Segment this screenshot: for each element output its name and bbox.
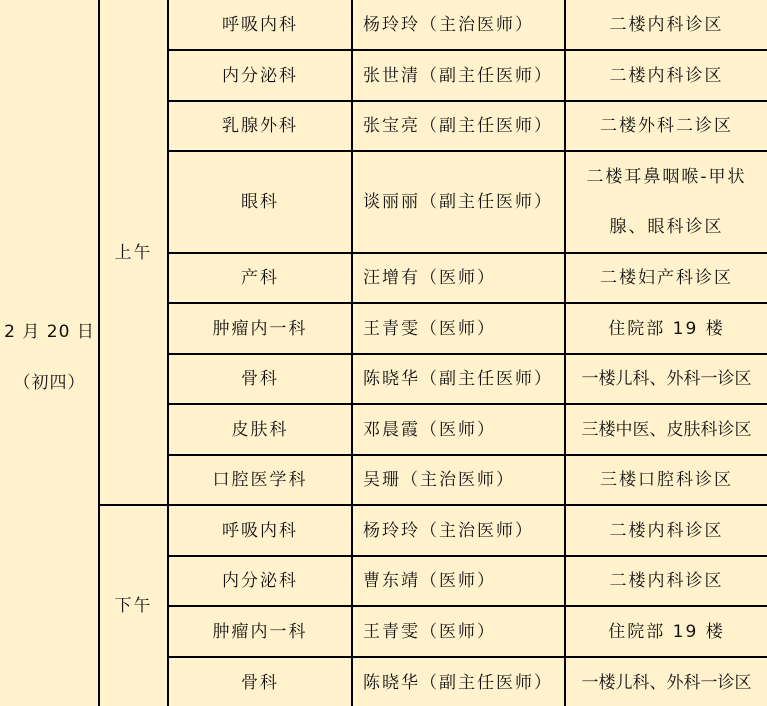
doctor-cell: 吴珊（主治医师） <box>353 456 564 504</box>
doctor-cell: 杨玲玲（主治医师） <box>353 506 564 555</box>
location-cell: 二楼妇产科诊区 <box>566 254 767 302</box>
doctor-cell: 陈晓华（副主任医师） <box>353 658 564 706</box>
doctor-cell: 曹东靖（医师） <box>353 557 564 605</box>
doctor-cell: 陈晓华（副主任医师） <box>353 355 564 403</box>
location-cell: 三楼口腔科诊区 <box>566 456 767 504</box>
location-cell: 三楼中医、皮肤科诊区 <box>566 405 767 454</box>
lunar-date-label: （初四） <box>0 368 99 393</box>
dept-cell: 乳腺外科 <box>169 102 351 150</box>
doctor-cell: 谈丽丽（副主任医师） <box>353 152 564 252</box>
dept-cell: 内分泌科 <box>169 557 351 605</box>
dept-cell: 口腔医学科 <box>169 456 351 504</box>
dept-cell: 肿瘤内一科 <box>169 304 351 353</box>
dept-cell: 呼吸内科 <box>169 506 351 555</box>
dept-cell: 产科 <box>169 254 351 302</box>
location-cell: 住院部 19 楼 <box>566 304 767 353</box>
location-cell: 一楼儿科、外科一诊区 <box>566 658 767 706</box>
location-cell: 二楼内科诊区 <box>566 506 767 555</box>
location-cell: 二楼内科诊区 <box>566 557 767 605</box>
dept-cell: 骨科 <box>169 355 351 403</box>
doctor-cell: 张世清（副主任医师） <box>353 51 564 100</box>
date-label: 2 月 20 日 <box>0 317 99 342</box>
doctor-cell: 王青雯（医师） <box>353 304 564 353</box>
dept-cell: 呼吸内科 <box>169 0 351 49</box>
location-cell-line1: 二楼耳鼻咽喉-甲状 <box>566 152 767 202</box>
location-cell: 住院部 19 楼 <box>566 607 767 656</box>
location-cell: 一楼儿科、外科一诊区 <box>566 355 767 403</box>
location-cell: 二楼外科二诊区 <box>566 102 767 150</box>
location-cell-line2: 腺、眼科诊区 <box>566 202 767 252</box>
dept-cell: 眼科 <box>169 152 351 252</box>
doctor-cell: 邓晨霞（医师） <box>353 405 564 454</box>
location-cell: 二楼内科诊区 <box>566 0 767 49</box>
session-afternoon: 下午 <box>100 581 167 631</box>
dept-cell: 皮肤科 <box>169 405 351 454</box>
dept-cell: 肿瘤内一科 <box>169 607 351 656</box>
doctor-cell: 杨玲玲（主治医师） <box>353 0 564 49</box>
location-cell: 二楼内科诊区 <box>566 51 767 100</box>
dept-cell: 内分泌科 <box>169 51 351 100</box>
doctor-cell: 汪增有（医师） <box>353 254 564 302</box>
doctor-cell: 王青雯（医师） <box>353 607 564 656</box>
session-morning: 上午 <box>100 228 167 278</box>
dept-cell: 骨科 <box>169 658 351 706</box>
doctor-cell: 张宝亮（副主任医师） <box>353 102 564 150</box>
